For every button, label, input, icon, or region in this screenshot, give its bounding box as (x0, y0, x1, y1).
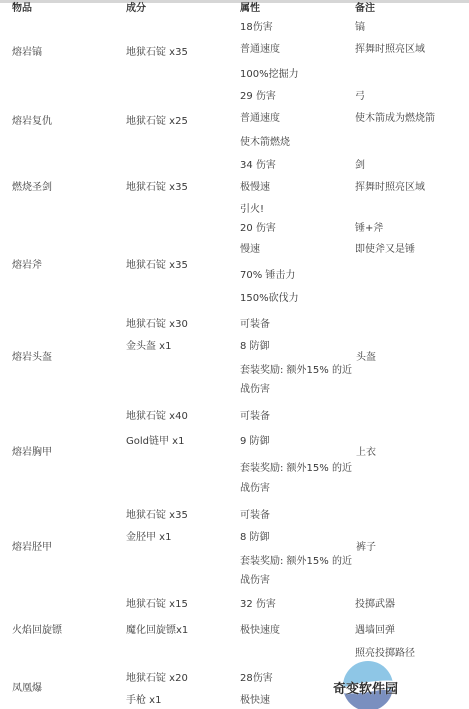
note: 上衣 (356, 446, 376, 460)
ingredient: 地狱石锭 x35 (126, 46, 188, 60)
attribute: 普通速度 (240, 43, 280, 57)
ingredient: 地狱石锭 x25 (126, 115, 188, 129)
attribute: 普通速度 (240, 112, 280, 126)
note: 照亮投掷路径 (355, 647, 415, 661)
header-attributes: 属性 (240, 2, 260, 16)
attribute: 套装奖励: 额外15% 的近 (240, 364, 352, 378)
note: 即使斧又是锤 (355, 243, 415, 257)
attribute: 战伤害 (240, 383, 270, 397)
ingredient: 金头盔 x1 (126, 340, 171, 354)
item-name: 熔岩头盔 (12, 351, 52, 365)
ingredient: 地狱石锭 x30 (126, 318, 188, 332)
ingredient: 地狱石锭 x35 (126, 259, 188, 273)
ingredient: 金胫甲 x1 (126, 531, 171, 545)
item-name: 熔岩斧 (12, 259, 42, 273)
attribute: 极慢速 (240, 181, 270, 195)
note: 锤+斧 (355, 222, 383, 236)
attribute: 极快速 (240, 694, 270, 708)
attribute: 套装奖励: 额外15% 的近 (240, 555, 352, 569)
item-name: 燃烧圣剑 (12, 181, 52, 195)
note: 使木箭成为燃烧箭 (355, 112, 435, 126)
attribute: 极快速度 (240, 624, 280, 638)
attribute: 可装备 (240, 509, 270, 523)
item-name: 火焰回旋镖 (12, 624, 62, 638)
attribute: 战伤害 (240, 482, 270, 496)
ingredient: 地狱石锭 x35 (126, 181, 188, 195)
attribute: 引火! (240, 203, 264, 217)
attribute: 18伤害 (240, 21, 273, 35)
header-item: 物品 (12, 2, 32, 16)
attribute: 战伤害 (240, 574, 270, 588)
ingredient: Gold链甲 x1 (126, 435, 184, 449)
attribute: 28伤害 (240, 672, 273, 686)
note: 挥舞时照亮区域 (355, 43, 425, 57)
item-name: 凤凰爆 (12, 682, 42, 696)
attribute: 34 伤害 (240, 159, 276, 173)
attribute: 70% 锤击力 (240, 269, 295, 283)
note: 镐 (355, 21, 365, 35)
attribute: 9 防御 (240, 435, 270, 449)
table-top-border (0, 0, 469, 3)
item-name: 熔岩镐 (12, 46, 42, 60)
attribute: 29 伤害 (240, 90, 276, 104)
attribute: 可装备 (240, 318, 270, 332)
note: 剑 (355, 159, 365, 173)
attribute: 8 防御 (240, 340, 270, 354)
note: 头盔 (356, 351, 376, 365)
note: 挥舞时照亮区域 (355, 181, 425, 195)
ingredient: 魔化回旋镖x1 (126, 624, 188, 638)
ingredient: 地狱石锭 x40 (126, 410, 188, 424)
attribute: 可装备 (240, 410, 270, 424)
note: 遇墙回弹 (355, 624, 395, 638)
ingredient: 地狱石锭 x15 (126, 598, 188, 612)
attribute: 20 伤害 (240, 222, 276, 236)
attribute: 100%挖掘力 (240, 68, 299, 82)
note: 裤子 (356, 541, 376, 555)
note: 投掷武器 (355, 598, 395, 612)
attribute: 套装奖励: 额外15% 的近 (240, 462, 352, 476)
header-notes: 备注 (355, 2, 375, 16)
item-name: 熔岩复仇 (12, 115, 52, 129)
attribute: 150%砍伐力 (240, 292, 299, 306)
ingredient: 地狱石锭 x35 (126, 509, 188, 523)
ingredient: 手枪 x1 (126, 694, 161, 708)
attribute: 慢速 (240, 243, 260, 257)
header-ingredients: 成分 (126, 2, 146, 16)
attribute: 使木箭燃烧 (240, 136, 290, 150)
watermark-text: 奇变软件园 (333, 678, 398, 697)
ingredient: 地狱石锭 x20 (126, 672, 188, 686)
attribute: 8 防御 (240, 531, 270, 545)
item-name: 熔岩胸甲 (12, 446, 52, 460)
attribute: 32 伤害 (240, 598, 276, 612)
note: 弓 (355, 90, 365, 104)
item-name: 熔岩胫甲 (12, 541, 52, 555)
